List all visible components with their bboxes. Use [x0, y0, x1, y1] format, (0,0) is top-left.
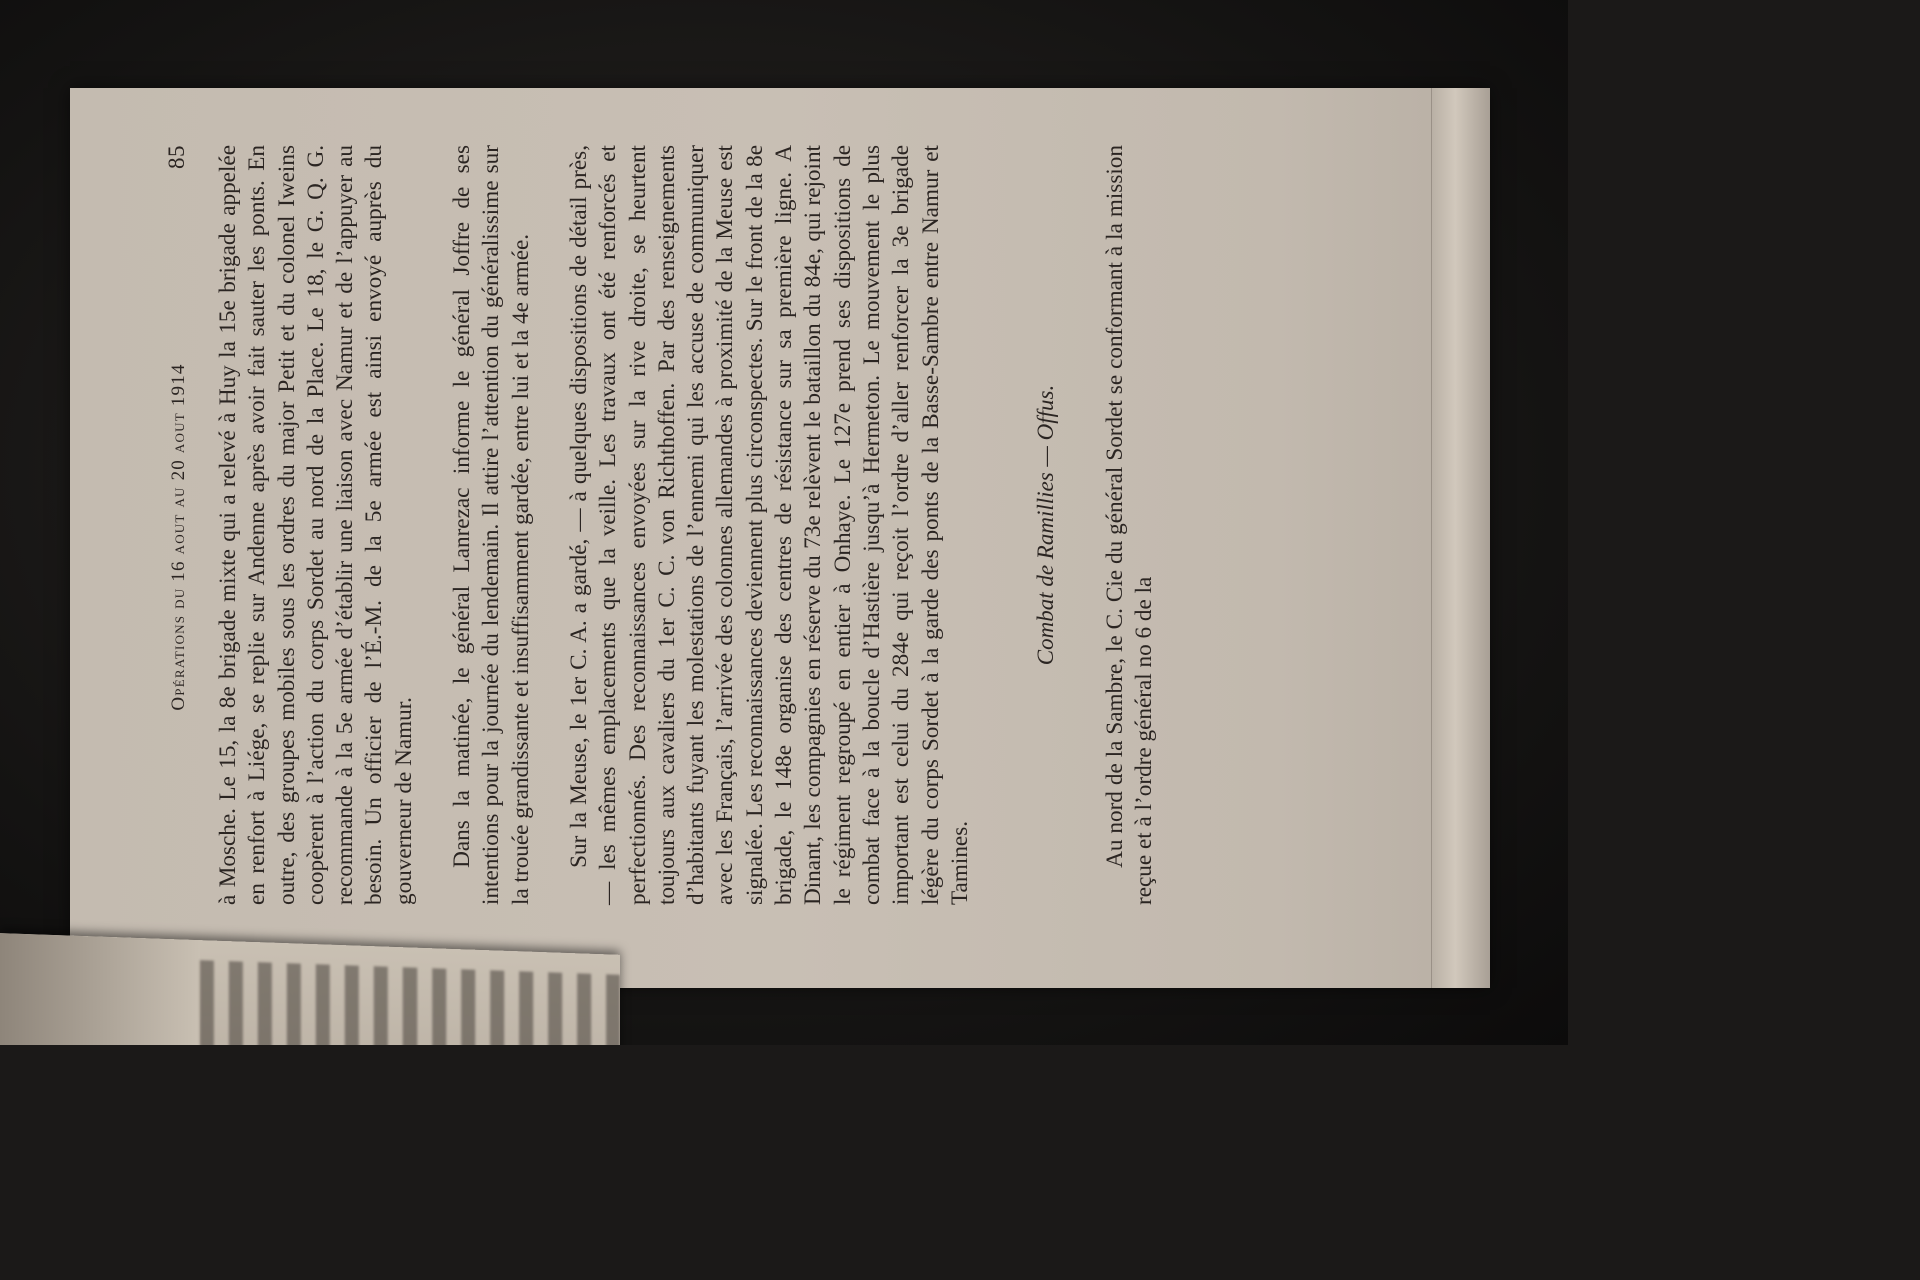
facing-page-blurred-text: [200, 960, 620, 1045]
facing-page-gutter: [0, 933, 200, 1045]
page-stack-edge: [1431, 88, 1490, 988]
page-number: 85: [164, 145, 190, 169]
section-heading: Combat de Ramillies — Offus.: [1033, 145, 1059, 905]
running-head: Opérations du 16 aout au 20 aout 1914 85: [160, 145, 190, 905]
rotated-page-content: Opérations du 16 aout au 20 aout 1914 85…: [160, 145, 1300, 905]
paragraph-2: Dans la matinée, le général Lanrezac inf…: [448, 145, 536, 905]
running-head-title: Opérations du 16 aout au 20 aout 1914: [168, 169, 190, 905]
paragraph-1: à Mosche. Le 15, la 8e brigade mixte qui…: [214, 145, 419, 905]
paragraph-3: Sur la Meuse, le 1er C. A. a gardé, — à …: [565, 145, 975, 905]
closing-paragraph: Au nord de la Sambre, le C. Cie du génér…: [1101, 145, 1160, 905]
